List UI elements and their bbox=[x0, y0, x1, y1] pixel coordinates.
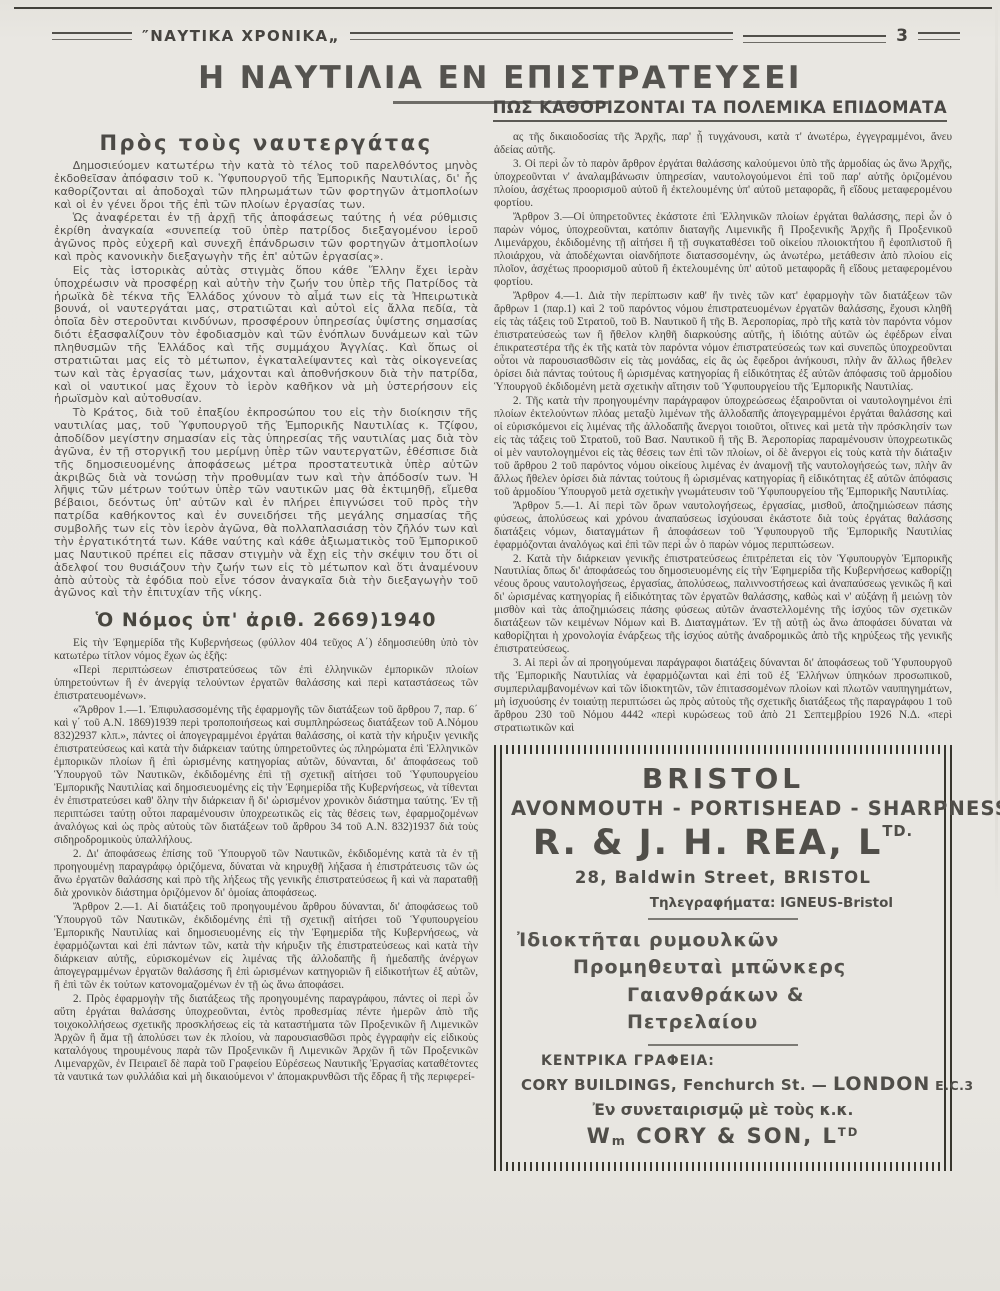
paragraph: Ἄρθρον 2.—1. Αἱ διατάξεις τοῦ προηγουμέν… bbox=[54, 901, 478, 992]
ad-company-main: R. & J. H. REA, L bbox=[533, 823, 882, 863]
paragraph: 2. Κατὰ τὴν διάρκειαν γενικῆς ἐπιστρατεύ… bbox=[494, 553, 952, 657]
paragraph: Εἰς τὰς ἱστορικὰς αὐτὰς στιγμὰς ὅπου κάθ… bbox=[54, 265, 478, 406]
law-section-left: Ὁ Νόμος ὑπ' ἀριθ. 2669)1940 Εἰς τὴν Ἐφημ… bbox=[54, 609, 478, 1083]
ad-partner-initial: W bbox=[587, 1124, 612, 1148]
editorial-heading: Πρὸς τοὺς ναυτεργάτας bbox=[54, 131, 478, 155]
paragraph: «Περὶ περιπτώσεων ἐπιστρατεύσεως τῶν ἐπὶ… bbox=[54, 664, 478, 703]
magazine-page: ″ΝΑΥΤΙΚΑ ΧΡΟΝΙΚΑ„ 3 Η ΝΑΥΤΙΛΙΑ ΕΝ ΕΠΙΣΤΡ… bbox=[0, 0, 1000, 1291]
law-section-right: ας τῆς δικαιοδοσίας τῆς Ἀρχῆς, παρ' ᾗ τυ… bbox=[494, 131, 952, 735]
law-heading: Ὁ Νόμος ὑπ' ἀριθ. 2669)1940 bbox=[54, 609, 478, 631]
ad-company-suffix: TD. bbox=[882, 823, 913, 840]
paragraph: «Ἄρθρον 1.—1. Ἐπιφυλασσομένης τῆς ἐφαρμο… bbox=[54, 704, 478, 847]
ad-ports: AVONMOUTH - PORTISHEAD - SHARPNESS bbox=[511, 797, 935, 820]
ad-head-office-address: CORY BUILDINGS, Fenchurch St. — LONDON E… bbox=[511, 1073, 935, 1095]
scan-edge-shadow bbox=[995, 0, 998, 1291]
ad-company-name: R. & J. H. REA, LTD. bbox=[511, 825, 935, 861]
right-column: ας τῆς δικαιοδοσίας τῆς Ἀρχῆς, παρ' ᾗ τυ… bbox=[494, 131, 952, 1171]
page-number: 3 bbox=[896, 26, 908, 46]
ad-service-line: Προμηθευταὶ μπῶνκερς bbox=[511, 954, 935, 982]
paragraph: Δημοσιεύομεν κατωτέρω τὴν κατὰ τὸ τέλος … bbox=[54, 160, 478, 211]
paragraph: 3. Οἱ περὶ ὧν τὸ παρὸν ἄρθρον ἐργάται θα… bbox=[494, 158, 952, 210]
ad-partner-company: Wm CORY & SON, LTD bbox=[511, 1124, 935, 1148]
paragraph: Εἰς τὴν Ἐφημερίδα τῆς Κυβερνήσεως (φύλλο… bbox=[54, 637, 478, 663]
masthead-title: ″ΝΑΥΤΙΚΑ ΧΡΟΝΙΚΑ„ bbox=[142, 27, 340, 45]
subheadline: ΠΩΣ ΚΑΘΟΡΙΖΟΝΤΑΙ ΤΑ ΠΟΛΕΜΙΚΑ ΕΠΙΔΟΜΑΤΑ bbox=[493, 98, 947, 122]
paragraph: Ὡς ἀναφέρεται ἐν τῇ ἀρχῇ τῆς ἀποφάσεως τ… bbox=[54, 212, 478, 263]
double-rule bbox=[350, 32, 733, 40]
page-subtitle: ΠΩΣ ΚΑΘΟΡΙΖΟΝΤΑΙ ΤΑ ΠΟΛΕΜΙΚΑ ΕΠΙΔΟΜΑΤΑ bbox=[493, 98, 947, 122]
double-rule bbox=[918, 32, 960, 40]
ad-street-address: 28, Baldwin Street, BRISTOL bbox=[511, 868, 935, 887]
paragraph: Ἄρθρον 5.—1. Αἱ περὶ τῶν ὅρων ναυτολογήσ… bbox=[494, 500, 952, 552]
ad-services: Ἰδιοκτῆται ρυμουλκῶν Προμηθευταὶ μπῶνκερ… bbox=[511, 927, 935, 1037]
left-column: Πρὸς τοὺς ναυτεργάτας Δημοσιεύομεν κατωτ… bbox=[54, 131, 478, 1171]
ad-telegrams: Τηλεγραφήματα: IGNEUS-Bristol bbox=[511, 895, 935, 911]
advertisement-content: BRISTOL AVONMOUTH - PORTISHEAD - SHARPNE… bbox=[503, 754, 943, 1162]
article-columns: Πρὸς τοὺς ναυτεργάτας Δημοσιεύομεν κατωτ… bbox=[54, 131, 952, 1171]
page-title: Η ΝΑΥΤΙΛΙΑ ΕΝ ΕΠΙΣΤΡΑΤΕΥΣΕΙ bbox=[0, 60, 1000, 96]
paragraph: Ἄρθρον 3.—Οἱ ὑπηρετοῦντες ἑκάστοτε ἐπὶ Ἑ… bbox=[494, 211, 952, 289]
ad-offices: ΚΕΝΤΡΙΚΑ ΓΡΑΦΕΙΑ: CORY BUILDINGS, Fenchu… bbox=[511, 1053, 935, 1095]
editorial-section: Πρὸς τοὺς ναυτεργάτας Δημοσιεύομεν κατωτ… bbox=[54, 131, 478, 600]
paragraph: 3. Αἱ περὶ ὧν αἱ προηγούμεναι παράγραφοι… bbox=[494, 657, 952, 735]
ad-service-line: Ἰδιοκτῆται ρυμουλκῶν bbox=[511, 927, 935, 955]
ad-address-street: CORY BUILDINGS, Fenchurch St. — bbox=[521, 1076, 833, 1094]
ad-address-city: LONDON bbox=[833, 1073, 930, 1095]
ad-offices-label: ΚΕΝΤΡΙΚΑ ΓΡΑΦΕΙΑ: bbox=[511, 1053, 935, 1069]
paragraph: Τὸ Κράτος, διὰ τοῦ ἐπαξίου ἐκπροσώπου το… bbox=[54, 407, 478, 600]
double-rule bbox=[743, 35, 886, 43]
ad-separator bbox=[648, 918, 798, 920]
paragraph: 2. Πρὸς ἐφαρμογὴν τῆς διατάξεως τῆς προη… bbox=[54, 993, 478, 1084]
ad-partnership-line: Ἐν συνεταιρισμῷ μὲ τοὺς κ.κ. bbox=[511, 1101, 935, 1119]
ad-service-line: Γαιανθράκων & Πετρελαίου bbox=[511, 982, 935, 1037]
ad-city: BRISTOL bbox=[511, 764, 935, 793]
ad-separator bbox=[648, 1044, 798, 1046]
paragraph: 2. Τῆς κατὰ τὴν προηγουμένην παράγραφον … bbox=[494, 395, 952, 499]
advertisement-rea-bristol: BRISTOL AVONMOUTH - PORTISHEAD - SHARPNE… bbox=[494, 745, 952, 1171]
masthead: ″ΝΑΥΤΙΚΑ ΧΡΟΝΙΚΑ„ 3 bbox=[52, 26, 960, 46]
paragraph: ας τῆς δικαιοδοσίας τῆς Ἀρχῆς, παρ' ᾗ τυ… bbox=[494, 131, 952, 157]
ad-partner-name: CORY & SON, L bbox=[627, 1124, 838, 1148]
ad-partner-suffix: TD bbox=[838, 1125, 859, 1139]
double-rule bbox=[52, 32, 132, 40]
paragraph: 2. Δι' ἀποφάσεως ἐπίσης τοῦ Ὑπουργοῦ τῶν… bbox=[54, 848, 478, 900]
ad-address-postcode: E.C.3 bbox=[930, 1078, 973, 1093]
ad-partner-initial-sub: m bbox=[612, 1133, 627, 1148]
paragraph: Ἄρθρον 4.—1. Διὰ τὴν περίπτωσιν καθ' ἣν … bbox=[494, 290, 952, 394]
scan-edge-line bbox=[14, 7, 992, 9]
